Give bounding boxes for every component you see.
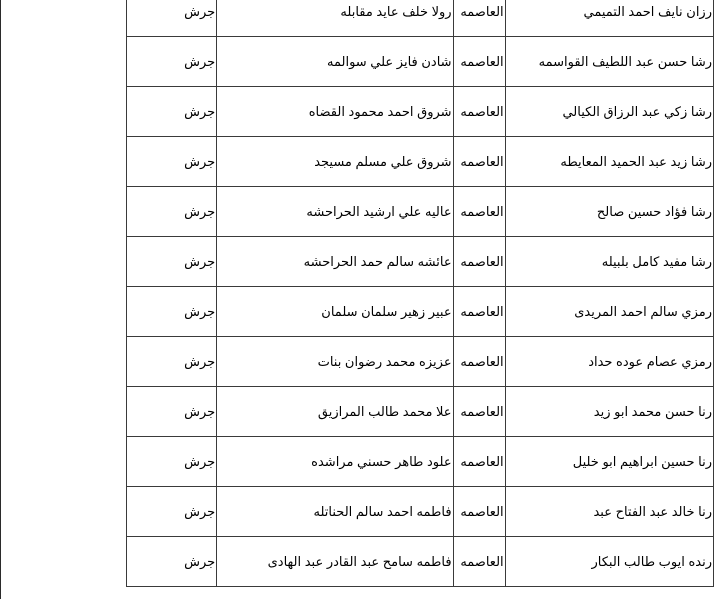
student-name-cell: رنا حسن محمد ابو زيد bbox=[505, 387, 713, 437]
student-name-cell: رمزي سالم احمد المريدى bbox=[505, 287, 713, 337]
student-name-cell: رنا خالد عبد الفتاح عبد bbox=[505, 487, 713, 537]
second-name-cell: عائشه سالم حمد الحراحشه bbox=[217, 237, 453, 287]
student-name-cell: رنده ايوب طالب البكار bbox=[505, 537, 713, 587]
region-cell: العاصمه bbox=[453, 287, 505, 337]
student-name-cell: رشا حسن عبد اللطيف القواسمه bbox=[505, 37, 713, 87]
region-cell: العاصمه bbox=[453, 137, 505, 187]
region-cell: العاصمه bbox=[453, 387, 505, 437]
second-name-cell: رولا خلف عايد مقابله bbox=[217, 0, 453, 37]
table-row: رزان نايف احمد التميميالعاصمهرولا خلف عا… bbox=[127, 0, 714, 37]
second-name-cell: شروق علي مسلم مسيجد bbox=[217, 137, 453, 187]
table-row: رنا خالد عبد الفتاح عبدالعاصمهفاطمه احمد… bbox=[127, 487, 714, 537]
table-body: رزان نايف احمد التميميالعاصمهرولا خلف عا… bbox=[127, 0, 714, 587]
second-name-cell: علا محمد طالب المرازيق bbox=[217, 387, 453, 437]
city-cell: جرش bbox=[127, 237, 217, 287]
table-row: رشا زكي عبد الرزاق الكياليالعاصمهشروق اح… bbox=[127, 87, 714, 137]
region-cell: العاصمه bbox=[453, 187, 505, 237]
city-cell: جرش bbox=[127, 437, 217, 487]
table-row: رشا زيد عبد الحميد المعايطهالعاصمهشروق ع… bbox=[127, 137, 714, 187]
second-name-cell: عزيزه محمد رضوان بنات bbox=[217, 337, 453, 387]
names-table: رزان نايف احمد التميميالعاصمهرولا خلف عا… bbox=[126, 0, 714, 587]
student-name-cell: رزان نايف احمد التميمي bbox=[505, 0, 713, 37]
table-row: رشا حسن عبد اللطيف القواسمهالعاصمهشادن ف… bbox=[127, 37, 714, 87]
student-name-cell: رشا مفيد كامل بلبيله bbox=[505, 237, 713, 287]
city-cell: جرش bbox=[127, 537, 217, 587]
second-name-cell: فاطمه سامح عبد القادر عبد الهادى bbox=[217, 537, 453, 587]
page-left-border bbox=[0, 0, 1, 599]
city-cell: جرش bbox=[127, 0, 217, 37]
city-cell: جرش bbox=[127, 387, 217, 437]
table-container: رزان نايف احمد التميميالعاصمهرولا خلف عا… bbox=[126, 0, 714, 587]
region-cell: العاصمه bbox=[453, 87, 505, 137]
city-cell: جرش bbox=[127, 37, 217, 87]
city-cell: جرش bbox=[127, 137, 217, 187]
table-row: رشا مفيد كامل بلبيلهالعاصمهعائشه سالم حم… bbox=[127, 237, 714, 287]
region-cell: العاصمه bbox=[453, 487, 505, 537]
region-cell: العاصمه bbox=[453, 37, 505, 87]
table-row: رشا فؤاد حسين صالحالعاصمهعاليه علي ارشيد… bbox=[127, 187, 714, 237]
student-name-cell: رشا فؤاد حسين صالح bbox=[505, 187, 713, 237]
city-cell: جرش bbox=[127, 487, 217, 537]
student-name-cell: رمزي عصام عوده حداد bbox=[505, 337, 713, 387]
city-cell: جرش bbox=[127, 337, 217, 387]
region-cell: العاصمه bbox=[453, 537, 505, 587]
region-cell: العاصمه bbox=[453, 0, 505, 37]
table-row: رنا حسن محمد ابو زيدالعاصمهعلا محمد طالب… bbox=[127, 387, 714, 437]
second-name-cell: علود طاهر حسني مراشده bbox=[217, 437, 453, 487]
city-cell: جرش bbox=[127, 87, 217, 137]
second-name-cell: عاليه علي ارشيد الحراحشه bbox=[217, 187, 453, 237]
second-name-cell: عبير زهير سلمان سلمان bbox=[217, 287, 453, 337]
student-name-cell: رنا حسين ابراهيم ابو خليل bbox=[505, 437, 713, 487]
table-row: رنا حسين ابراهيم ابو خليلالعاصمهعلود طاه… bbox=[127, 437, 714, 487]
city-cell: جرش bbox=[127, 287, 217, 337]
second-name-cell: شادن فايز علي سوالمه bbox=[217, 37, 453, 87]
table-row: رمزي عصام عوده حدادالعاصمهعزيزه محمد رضو… bbox=[127, 337, 714, 387]
region-cell: العاصمه bbox=[453, 237, 505, 287]
student-name-cell: رشا زيد عبد الحميد المعايطه bbox=[505, 137, 713, 187]
region-cell: العاصمه bbox=[453, 437, 505, 487]
table-row: رمزي سالم احمد المريدىالعاصمهعبير زهير س… bbox=[127, 287, 714, 337]
student-name-cell: رشا زكي عبد الرزاق الكيالي bbox=[505, 87, 713, 137]
city-cell: جرش bbox=[127, 187, 217, 237]
second-name-cell: فاطمه احمد سالم الحناتله bbox=[217, 487, 453, 537]
second-name-cell: شروق احمد محمود القضاه bbox=[217, 87, 453, 137]
table-row: رنده ايوب طالب البكارالعاصمهفاطمه سامح ع… bbox=[127, 537, 714, 587]
region-cell: العاصمه bbox=[453, 337, 505, 387]
